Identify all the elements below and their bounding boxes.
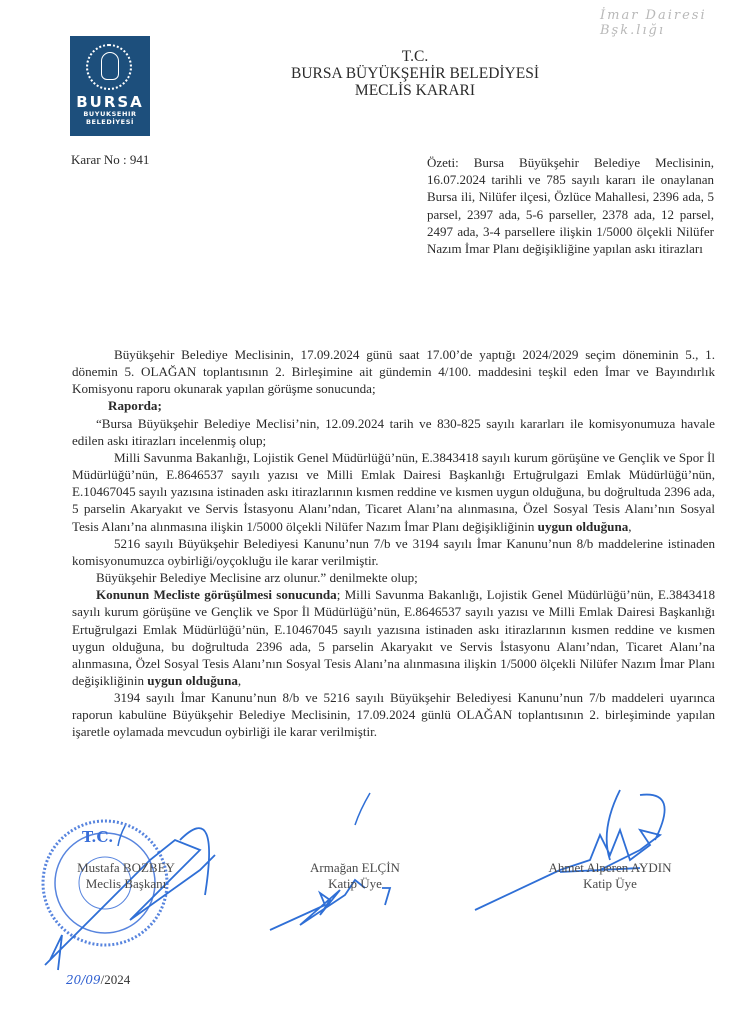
signature-president: Mustafa BOZBEY Meclis Başkanı — [56, 860, 196, 892]
document-header: T.C. BURSA BÜYÜKŞEHİR BELEDİYESİ MECLİS … — [200, 48, 630, 99]
header-tc: T.C. — [200, 48, 630, 65]
logo-line3: BELEDİYESİ — [70, 118, 150, 126]
signer-title: Meclis Başkanı — [56, 876, 196, 892]
decision-number: Karar No : 941 — [71, 152, 149, 168]
signer-title: Katip Üye — [510, 876, 710, 892]
decision-body: Büyükşehir Belediye Meclisinin, 17.09.20… — [72, 346, 715, 741]
signature-date: 20/09/2024 — [66, 972, 130, 988]
handwritten-note: İmar Dairesi Bşk.lığı — [600, 8, 750, 38]
svg-text:T.C.: T.C. — [82, 828, 113, 846]
printed-year: /2024 — [101, 972, 131, 987]
paragraph-submission: Büyükşehir Belediye Meclisine arz olunur… — [72, 569, 715, 586]
city-emblem-icon — [80, 42, 140, 92]
summary: Özeti: Bursa Büyükşehir Belediye Meclisi… — [427, 154, 714, 257]
header-institution: BURSA BÜYÜKŞEHİR BELEDİYESİ — [200, 65, 630, 82]
paragraph-report-detail: Milli Savunma Bakanlığı, Lojistik Genel … — [72, 449, 715, 535]
paragraph-resolution: 3194 sayılı İmar Kanunu’nun 8/b ve 5216 … — [72, 689, 715, 740]
bursa-logo: BURSA BUYUKSEHIR BELEDİYESİ — [70, 36, 150, 136]
signer-name: Mustafa BOZBEY — [56, 860, 196, 876]
logo-line2: BUYUKSEHIR — [70, 110, 150, 118]
report-heading: Raporda; — [72, 397, 715, 414]
logo-name: BURSA — [70, 94, 150, 110]
paragraph-intro: Büyükşehir Belediye Meclisinin, 17.09.20… — [72, 346, 715, 397]
signer-title: Katip Üye — [290, 876, 420, 892]
header-doc-type: MECLİS KARARI — [200, 82, 630, 99]
paragraph-report-quote: “Bursa Büyükşehir Belediye Meclisi’nin, … — [72, 415, 715, 449]
signer-name: Ahmet Alperen AYDIN — [510, 860, 710, 876]
signature-clerk-1: Armağan ELÇİN Katip Üye — [290, 860, 420, 892]
paragraph-deliberation: Konunun Mecliste görüşülmesi sonucunda; … — [72, 586, 715, 689]
signer-name: Armağan ELÇİN — [290, 860, 420, 876]
paragraph-legal-basis: 5216 sayılı Büyükşehir Belediyesi Kanunu… — [72, 535, 715, 569]
signature-clerk-2: Ahmet Alperen AYDIN Katip Üye — [510, 860, 710, 892]
handwritten-date: 20/09 — [66, 973, 101, 987]
